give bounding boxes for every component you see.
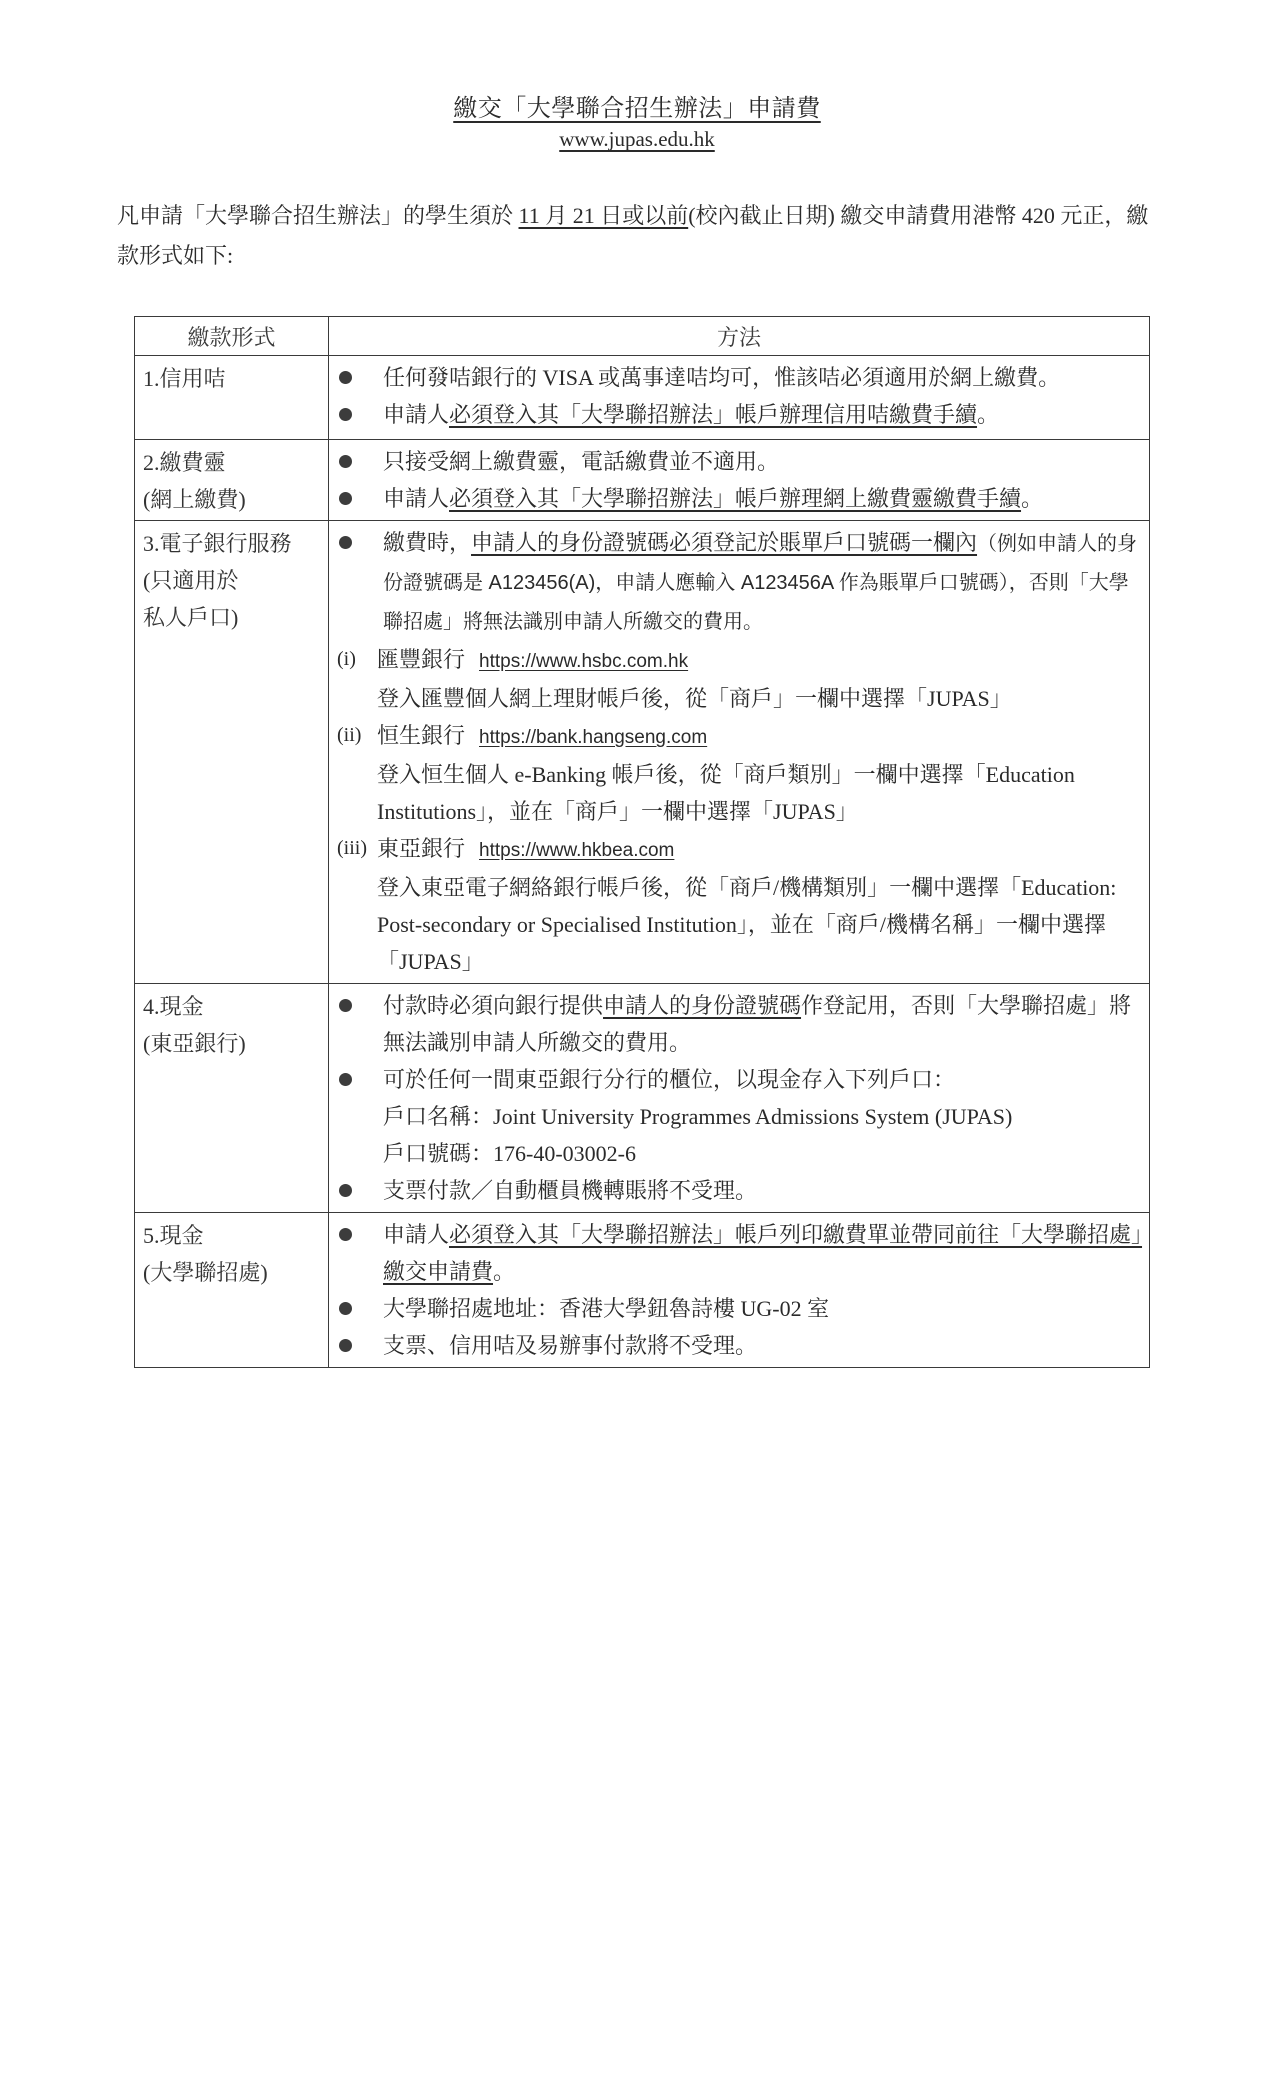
bank-link[interactable]: https://bank.hangseng.com: [479, 727, 707, 748]
form-cell: 1.信用咭: [135, 356, 329, 440]
bank-instructions: 登入恒生個人 e-Banking 帳戶後，從「商戶類別」一欄中選擇「Educat…: [377, 756, 1143, 830]
bullet-text: 支票付款／自動櫃員機轉賬將不受理。: [383, 1178, 757, 1203]
form-label: 1.信用咭: [143, 360, 328, 397]
website-url[interactable]: www.jupas.edu.hk: [0, 127, 1274, 152]
list-item: 只接受網上繳費靈，電話繳費並不適用。: [329, 443, 1143, 480]
bullet-text-end: 。: [493, 1259, 515, 1284]
bullet-text-end: 。: [977, 402, 999, 427]
deadline-date: 11 月 21 日或以前: [519, 203, 689, 228]
bank-instructions: 登入東亞電子網絡銀行帳戶後，從「商戶/機構類別」一欄中選擇「Education:…: [377, 869, 1143, 980]
form-label: 2.繳費靈: [143, 444, 328, 481]
intro-paragraph: 凡申請「大學聯合招生辦法」的學生須於 11 月 21 日或以前(校內截止日期) …: [117, 196, 1157, 276]
bullet-icon: [329, 1172, 383, 1197]
form-label: 4.現金: [143, 988, 328, 1025]
list-item: 支票付款／自動櫃員機轉賬將不受理。: [329, 1172, 1143, 1209]
account-name-label: 戶口名稱：: [383, 1104, 493, 1129]
bank-name: 東亞銀行: [377, 836, 465, 861]
bullet-text: 申請人: [383, 402, 449, 427]
list-item: 支票、信用咭及易辦事付款將不受理。: [329, 1327, 1143, 1364]
account-name-line: 戶口名稱：Joint University Programmes Admissi…: [329, 1098, 1143, 1135]
form-cell: 2.繳費靈 (網上繳費): [135, 440, 329, 521]
bank-item-bea: (iii) 東亞銀行https://www.hkbea.com 登入東亞電子網絡…: [329, 830, 1143, 980]
list-item: 可於任何一間東亞銀行分行的櫃位，以現金存入下列戶口：: [329, 1061, 1143, 1098]
list-item: 申請人必須登入其「大學聯招辦法」帳戶辦理網上繳費靈繳費手續。: [329, 480, 1143, 517]
bullet-text: 繳費時，: [383, 530, 471, 555]
bank-number: (ii): [329, 717, 377, 830]
bullet-icon: [329, 443, 383, 468]
table-row-e-banking: 3.電子銀行服務 (只適用於 私人戶口) 繳費時，申請人的身份證號碼必須登記於賬…: [135, 521, 1150, 984]
bullet-icon: [329, 524, 383, 549]
bullet-text: 支票、信用咭及易辦事付款將不受理。: [383, 1333, 757, 1358]
header-method: 方法: [329, 317, 1150, 356]
bullet-icon: [329, 1290, 383, 1315]
form-sublabel: (只適用於: [143, 562, 328, 599]
bullet-text: 申請人: [383, 486, 449, 511]
bank-instructions: 登入匯豐個人網上理財帳戶後，從「商戶」一欄中選擇「JUPAS」: [377, 680, 1143, 717]
bank-name: 恒生銀行: [377, 723, 465, 748]
bullet-icon: [329, 480, 383, 505]
bank-link[interactable]: https://www.hsbc.com.hk: [479, 651, 688, 672]
bank-item-hangseng: (ii) 恒生銀行https://bank.hangseng.com 登入恒生個…: [329, 717, 1143, 830]
bank-item-hsbc: (i) 匯豐銀行https://www.hsbc.com.hk 登入匯豐個人網上…: [329, 641, 1143, 717]
account-number-value: 176-40-03002-6: [493, 1141, 636, 1166]
table-row-cash-bea: 4.現金 (東亞銀行) 付款時必須向銀行提供申請人的身份證號碼作登記用，否則「大…: [135, 984, 1150, 1213]
table-row-cash-jupas-office: 5.現金 (大學聯招處) 申請人必須登入其「大學聯招辦法」帳戶列印繳費單並帶同前…: [135, 1213, 1150, 1368]
page-title: 繳交「大學聯合招生辦法」申請費: [0, 88, 1274, 123]
bank-name: 匯豐銀行: [377, 647, 465, 672]
table-row-pps: 2.繳費靈 (網上繳費) 只接受網上繳費靈，電話繳費並不適用。 申請人必須登入其…: [135, 440, 1150, 521]
bullet-text: 只接受網上繳費靈，電話繳費並不適用。: [383, 449, 779, 474]
list-item: 申請人必須登入其「大學聯招辦法」帳戶列印繳費單並帶同前往「大學聯招處」繳交申請費…: [329, 1216, 1143, 1290]
account-name-value: Joint University Programmes Admissions S…: [493, 1104, 1012, 1129]
bank-link[interactable]: https://www.hkbea.com: [479, 840, 674, 861]
account-number-label: 戶口號碼：: [383, 1141, 493, 1166]
bullet-text: 任何發咭銀行的 VISA 或萬事達咭均可，惟該咭必須適用於網上繳費。: [383, 365, 1060, 390]
bullet-text: 申請人: [383, 1222, 449, 1247]
bullet-icon: [329, 359, 383, 384]
form-sublabel: (東亞銀行): [143, 1025, 328, 1062]
bullet-icon: [329, 1061, 383, 1086]
bullet-underlined-text: 必須登入其「大學聯招辦法」帳戶辦理網上繳費靈繳費手續: [449, 486, 1021, 511]
bank-number: (iii): [329, 830, 377, 980]
table-header-row: 繳款形式 方法: [135, 317, 1150, 356]
bullet-icon: [329, 1327, 383, 1352]
list-item: 繳費時，申請人的身份證號碼必須登記於賬單戶口號碼一欄內（例如申請人的身份證號碼是…: [329, 524, 1143, 641]
method-cell: 申請人必須登入其「大學聯招辦法」帳戶列印繳費單並帶同前往「大學聯招處」繳交申請費…: [329, 1213, 1150, 1368]
bullet-icon: [329, 987, 383, 1012]
form-sublabel: (大學聯招處): [143, 1254, 328, 1291]
method-cell: 付款時必須向銀行提供申請人的身份證號碼作登記用，否則「大學聯招處」將無法識別申請…: [329, 984, 1150, 1213]
bullet-icon: [329, 396, 383, 421]
bullet-underlined-text: 申請人的身份證號碼: [603, 993, 801, 1018]
form-cell: 4.現金 (東亞銀行): [135, 984, 329, 1213]
bullet-underlined-text: 必須登入其「大學聯招辦法」帳戶辦理信用咭繳費手續: [449, 402, 977, 427]
website-url-text[interactable]: www.jupas.edu.hk: [559, 127, 715, 151]
bullet-icon: [329, 1216, 383, 1241]
table-row-credit-card: 1.信用咭 任何發咭銀行的 VISA 或萬事達咭均可，惟該咭必須適用於網上繳費。…: [135, 356, 1150, 440]
list-item: 申請人必須登入其「大學聯招辦法」帳戶辦理信用咭繳費手續。: [329, 396, 1143, 433]
method-cell: 繳費時，申請人的身份證號碼必須登記於賬單戶口號碼一欄內（例如申請人的身份證號碼是…: [329, 521, 1150, 984]
bank-number: (i): [329, 641, 377, 717]
page-title-text: 繳交「大學聯合招生辦法」申請費: [453, 96, 821, 122]
bullet-text: 大學聯招處地址：香港大學鈕魯詩樓 UG-02 室: [383, 1296, 829, 1321]
list-item: 任何發咭銀行的 VISA 或萬事達咭均可，惟該咭必須適用於網上繳費。: [329, 359, 1143, 396]
header-payment-form: 繳款形式: [135, 317, 329, 356]
account-number-line: 戶口號碼：176-40-03002-6: [329, 1135, 1143, 1172]
bullet-text: 付款時必須向銀行提供: [383, 993, 603, 1018]
form-label: 5.現金: [143, 1217, 328, 1254]
payment-methods-table: 繳款形式 方法 1.信用咭 任何發咭銀行的 VISA 或萬事達咭均可，惟該咭必須…: [134, 316, 1150, 1368]
list-item: 大學聯招處地址：香港大學鈕魯詩樓 UG-02 室: [329, 1290, 1143, 1327]
method-cell: 任何發咭銀行的 VISA 或萬事達咭均可，惟該咭必須適用於網上繳費。 申請人必須…: [329, 356, 1150, 440]
form-cell: 3.電子銀行服務 (只適用於 私人戶口): [135, 521, 329, 984]
form-cell: 5.現金 (大學聯招處): [135, 1213, 329, 1368]
bullet-text: 可於任何一間東亞銀行分行的櫃位，以現金存入下列戶口：: [383, 1067, 955, 1092]
intro-text-1: 凡申請「大學聯合招生辦法」的學生須於: [117, 203, 519, 228]
form-label: 3.電子銀行服務: [143, 525, 328, 562]
bullet-text-end: 。: [1021, 486, 1043, 511]
bullet-underlined-text: 申請人的身份證號碼必須登記於賬單戶口號碼一欄內: [471, 530, 977, 555]
list-item: 付款時必須向銀行提供申請人的身份證號碼作登記用，否則「大學聯招處」將無法識別申請…: [329, 987, 1143, 1061]
form-sublabel: (網上繳費): [143, 481, 328, 518]
form-sublabel: 私人戶口): [143, 599, 328, 636]
method-cell: 只接受網上繳費靈，電話繳費並不適用。 申請人必須登入其「大學聯招辦法」帳戶辦理網…: [329, 440, 1150, 521]
